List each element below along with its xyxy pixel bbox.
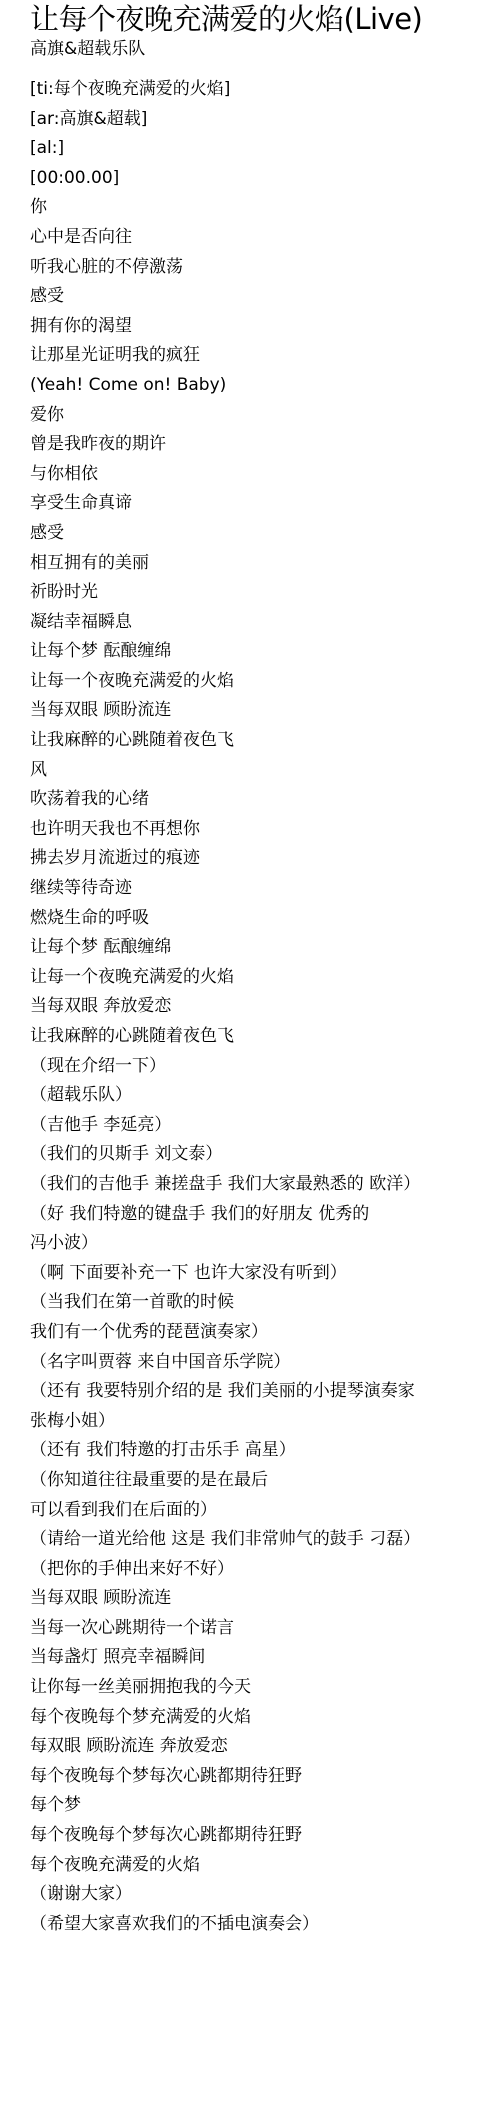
lyric-line: 当每双眼 奔放爱恋 [30,992,500,1022]
lyric-line: 吹荡着我的心绪 [30,785,500,815]
song-title: 让每个夜晚充满爱的火焰(Live) [30,0,500,37]
song-artist: 高旗&超载乐队 [30,37,500,61]
lyric-line: 也许明天我也不再想你 [30,815,500,845]
lyric-line: 感受 [30,519,500,549]
lyric-line: 感受 [30,282,500,312]
lyric-line: 相互拥有的美丽 [30,549,500,579]
lyric-line: 每双眼 顾盼流连 奔放爱恋 [30,1732,500,1762]
lyric-line: 让我麻醉的心跳随着夜色飞 [30,726,500,756]
lyric-line: [ar:高旗&超载] [30,105,500,135]
lyrics-list: [ti:每个夜晚充满爱的火焰][ar:高旗&超载][al:][00:00.00]… [30,75,500,1939]
lyric-line: 让每个梦 酝酿缠绵 [30,637,500,667]
lyric-line: 享受生命真谛 [30,489,500,519]
lyric-line: （谢谢大家） [30,1880,500,1910]
lyric-line: 爱你 [30,401,500,431]
lyric-line: [al:] [30,134,500,164]
lyric-line: （我们的贝斯手 刘文泰） [30,1140,500,1170]
lyric-line: 让每一个夜晚充满爱的火焰 [30,667,500,697]
lyric-line: （希望大家喜欢我们的不插电演奏会） [30,1910,500,1940]
lyric-line: 当每一次心跳期待一个诺言 [30,1614,500,1644]
lyric-line: 曾是我昨夜的期许 [30,430,500,460]
lyric-line: 每个夜晚每个梦每次心跳都期待狂野 [30,1821,500,1851]
lyric-line: [ti:每个夜晚充满爱的火焰] [30,75,500,105]
lyric-line: 让那星光证明我的疯狂 [30,341,500,371]
lyric-line: （你知道往往最重要的是在最后 [30,1466,500,1496]
lyric-line: 当每双眼 顾盼流连 [30,696,500,726]
lyric-line: 你 [30,193,500,223]
lyric-line: 让你每一丝美丽拥抱我的今天 [30,1673,500,1703]
lyric-line: 每个夜晚充满爱的火焰 [30,1851,500,1881]
lyric-line: （啊 下面要补充一下 也许大家没有听到） [30,1259,500,1289]
lyric-line: （当我们在第一首歌的时候 [30,1288,500,1318]
lyric-line: 拥有你的渴望 [30,312,500,342]
lyric-line: （还有 我们特邀的打击乐手 高星） [30,1436,500,1466]
lyric-line: 让我麻醉的心跳随着夜色飞 [30,1022,500,1052]
lyric-line: （请给一道光给他 这是 我们非常帅气的鼓手 刁磊） [30,1525,500,1555]
lyric-line: 听我心脏的不停激荡 [30,253,500,283]
lyric-line: （名字叫贾蓉 来自中国音乐学院） [30,1348,500,1378]
lyric-line: （现在介绍一下） [30,1052,500,1082]
lyric-line: 冯小波） [30,1229,500,1259]
lyric-line: 让每一个夜晚充满爱的火焰 [30,963,500,993]
lyric-line: 燃烧生命的呼吸 [30,904,500,934]
lyric-line: （我们的吉他手 兼搓盘手 我们大家最熟悉的 欧洋） [30,1170,500,1200]
lyric-line: [00:00.00] [30,164,500,194]
lyric-line: 继续等待奇迹 [30,874,500,904]
lyric-line: (Yeah! Come on! Baby) [30,371,500,401]
lyric-line: 张梅小姐） [30,1407,500,1437]
lyric-line: 每个夜晚每个梦每次心跳都期待狂野 [30,1762,500,1792]
lyric-line: 让每个梦 酝酿缠绵 [30,933,500,963]
lyric-line: （好 我们特邀的键盘手 我们的好朋友 优秀的 [30,1200,500,1230]
lyric-line: 拂去岁月流逝过的痕迹 [30,844,500,874]
lyric-line: （超载乐队） [30,1081,500,1111]
lyrics-page: 让每个夜晚充满爱的火焰(Live) 高旗&超载乐队 [ti:每个夜晚充满爱的火焰… [0,0,500,1939]
lyric-line: （吉他手 李延亮） [30,1111,500,1141]
lyric-line: 与你相依 [30,460,500,490]
lyric-line: 每个梦 [30,1791,500,1821]
lyric-line: （还有 我要特别介绍的是 我们美丽的小提琴演奏家 [30,1377,500,1407]
lyric-line: 可以看到我们在后面的） [30,1496,500,1526]
lyric-line: 每个夜晚每个梦充满爱的火焰 [30,1703,500,1733]
lyric-line: 风 [30,756,500,786]
lyric-line: （把你的手伸出来好不好） [30,1555,500,1585]
lyric-line: 当每双眼 顾盼流连 [30,1584,500,1614]
lyric-line: 祈盼时光 [30,578,500,608]
lyric-line: 我们有一个优秀的琵琶演奏家） [30,1318,500,1348]
lyric-line: 凝结幸福瞬息 [30,608,500,638]
lyric-line: 当每盏灯 照亮幸福瞬间 [30,1643,500,1673]
lyric-line: 心中是否向往 [30,223,500,253]
